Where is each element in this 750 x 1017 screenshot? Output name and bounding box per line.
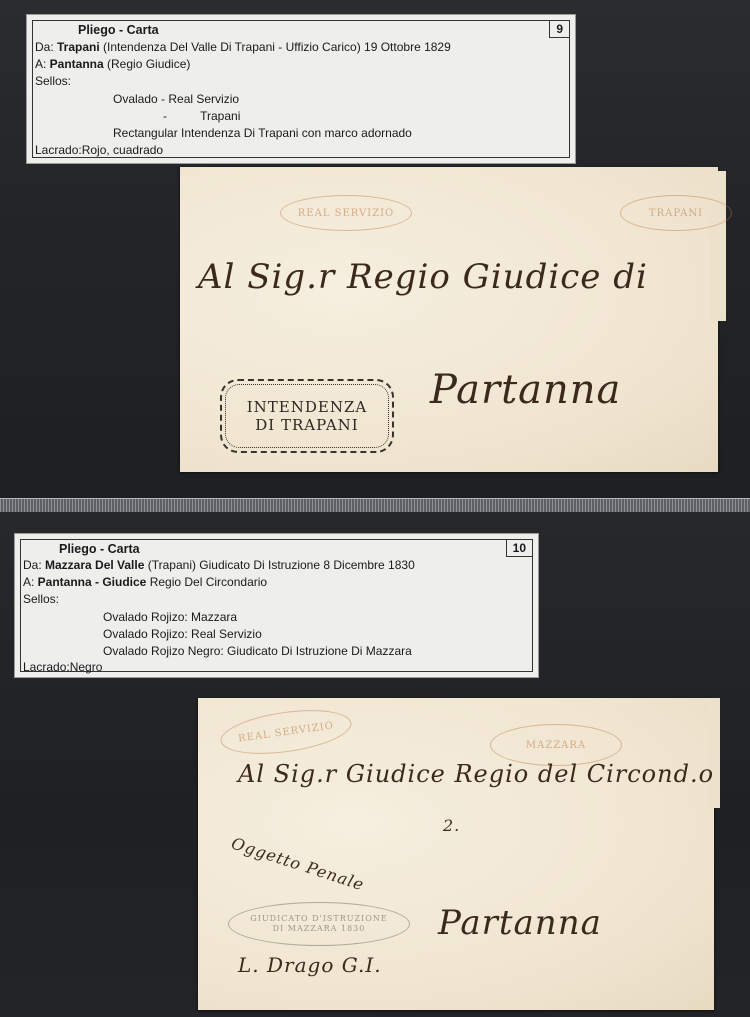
handwritten-note-oggetto: Oggetto Penale — [229, 833, 367, 894]
sellos-label: Sellos: — [35, 73, 71, 89]
sello-line: Rectangular Intendenza Di Trapani con ma… — [113, 125, 412, 141]
description-card-9: 9 Pliego - Carta Da: Trapani (Intendenza… — [26, 14, 576, 164]
handwritten-address: Al Sig.r Giudice Regio del Circond.o — [238, 760, 714, 788]
letter-flap — [708, 698, 720, 808]
handwritten-mark: 2. — [443, 816, 460, 835]
oval-stamp-giudicato: GIUDICATO D'ISTRUZIONE DI MAZZARA 1830 — [228, 902, 410, 946]
handwritten-address: Al Sig.r Regio Giudice di — [198, 257, 648, 297]
sello-line: Ovalado Rojizo Negro: Giudicato Di Istru… — [103, 643, 412, 659]
letter-cover-10: REAL SERVIZIO MAZZARA Al Sig.r Giudice R… — [198, 698, 714, 1010]
sello-line: - Trapani — [163, 108, 240, 124]
from-line: Da: Trapani (Intendenza Del Valle Di Tra… — [35, 39, 451, 55]
to-line: A: Pantanna - Giudice Regio Del Circonda… — [23, 574, 267, 590]
item-title: Pliego - Carta — [78, 22, 159, 38]
from-line: Da: Mazzara Del Valle (Trapani) Giudicat… — [23, 557, 415, 573]
lacrado-line: Lacrado:Rojo, cuadrado — [35, 142, 163, 158]
oval-postmark-real-servizio: REAL SERVIZIO — [218, 703, 354, 761]
sello-line: Ovalado - Real Servizio — [113, 91, 239, 107]
oval-postmark-real-servizio: REAL SERVIZIO — [280, 195, 412, 231]
description-card-10: 10 Pliego - Carta Da: Mazzara Del Valle … — [14, 533, 539, 678]
handwritten-signature: L. Drago G.I. — [238, 953, 382, 977]
sellos-label: Sellos: — [23, 591, 59, 607]
letter-cover-9: REAL SERVIZIO TRAPANI Al Sig.r Regio Giu… — [180, 167, 718, 472]
item-number: 9 — [549, 20, 570, 38]
item-title: Pliego - Carta — [59, 541, 140, 557]
letter-flap — [710, 171, 726, 321]
oval-postmark-trapani: TRAPANI — [620, 195, 732, 231]
sello-line: Ovalado Rojizo: Mazzara — [103, 609, 237, 625]
lacrado-line: Lacrado:Negro — [23, 659, 102, 675]
to-line: A: Pantanna (Regio Giudice) — [35, 56, 190, 72]
handwritten-destination: Partanna — [438, 903, 602, 943]
handwritten-destination: Partanna — [430, 367, 621, 413]
sello-line: Ovalado Rojizo: Real Servizio — [103, 626, 262, 642]
item-number: 10 — [506, 539, 533, 557]
rectangular-stamp-intendenza: INTENDENZA DI TRAPANI — [220, 379, 394, 453]
